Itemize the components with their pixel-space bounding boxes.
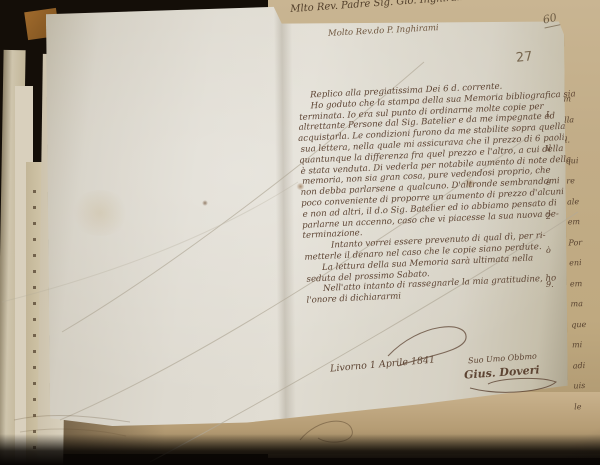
- archive-photo: Mlto Rev. Padre Sig. Gio. Inghirami 60 M…: [0, 0, 600, 465]
- photo-vignette: [0, 0, 600, 465]
